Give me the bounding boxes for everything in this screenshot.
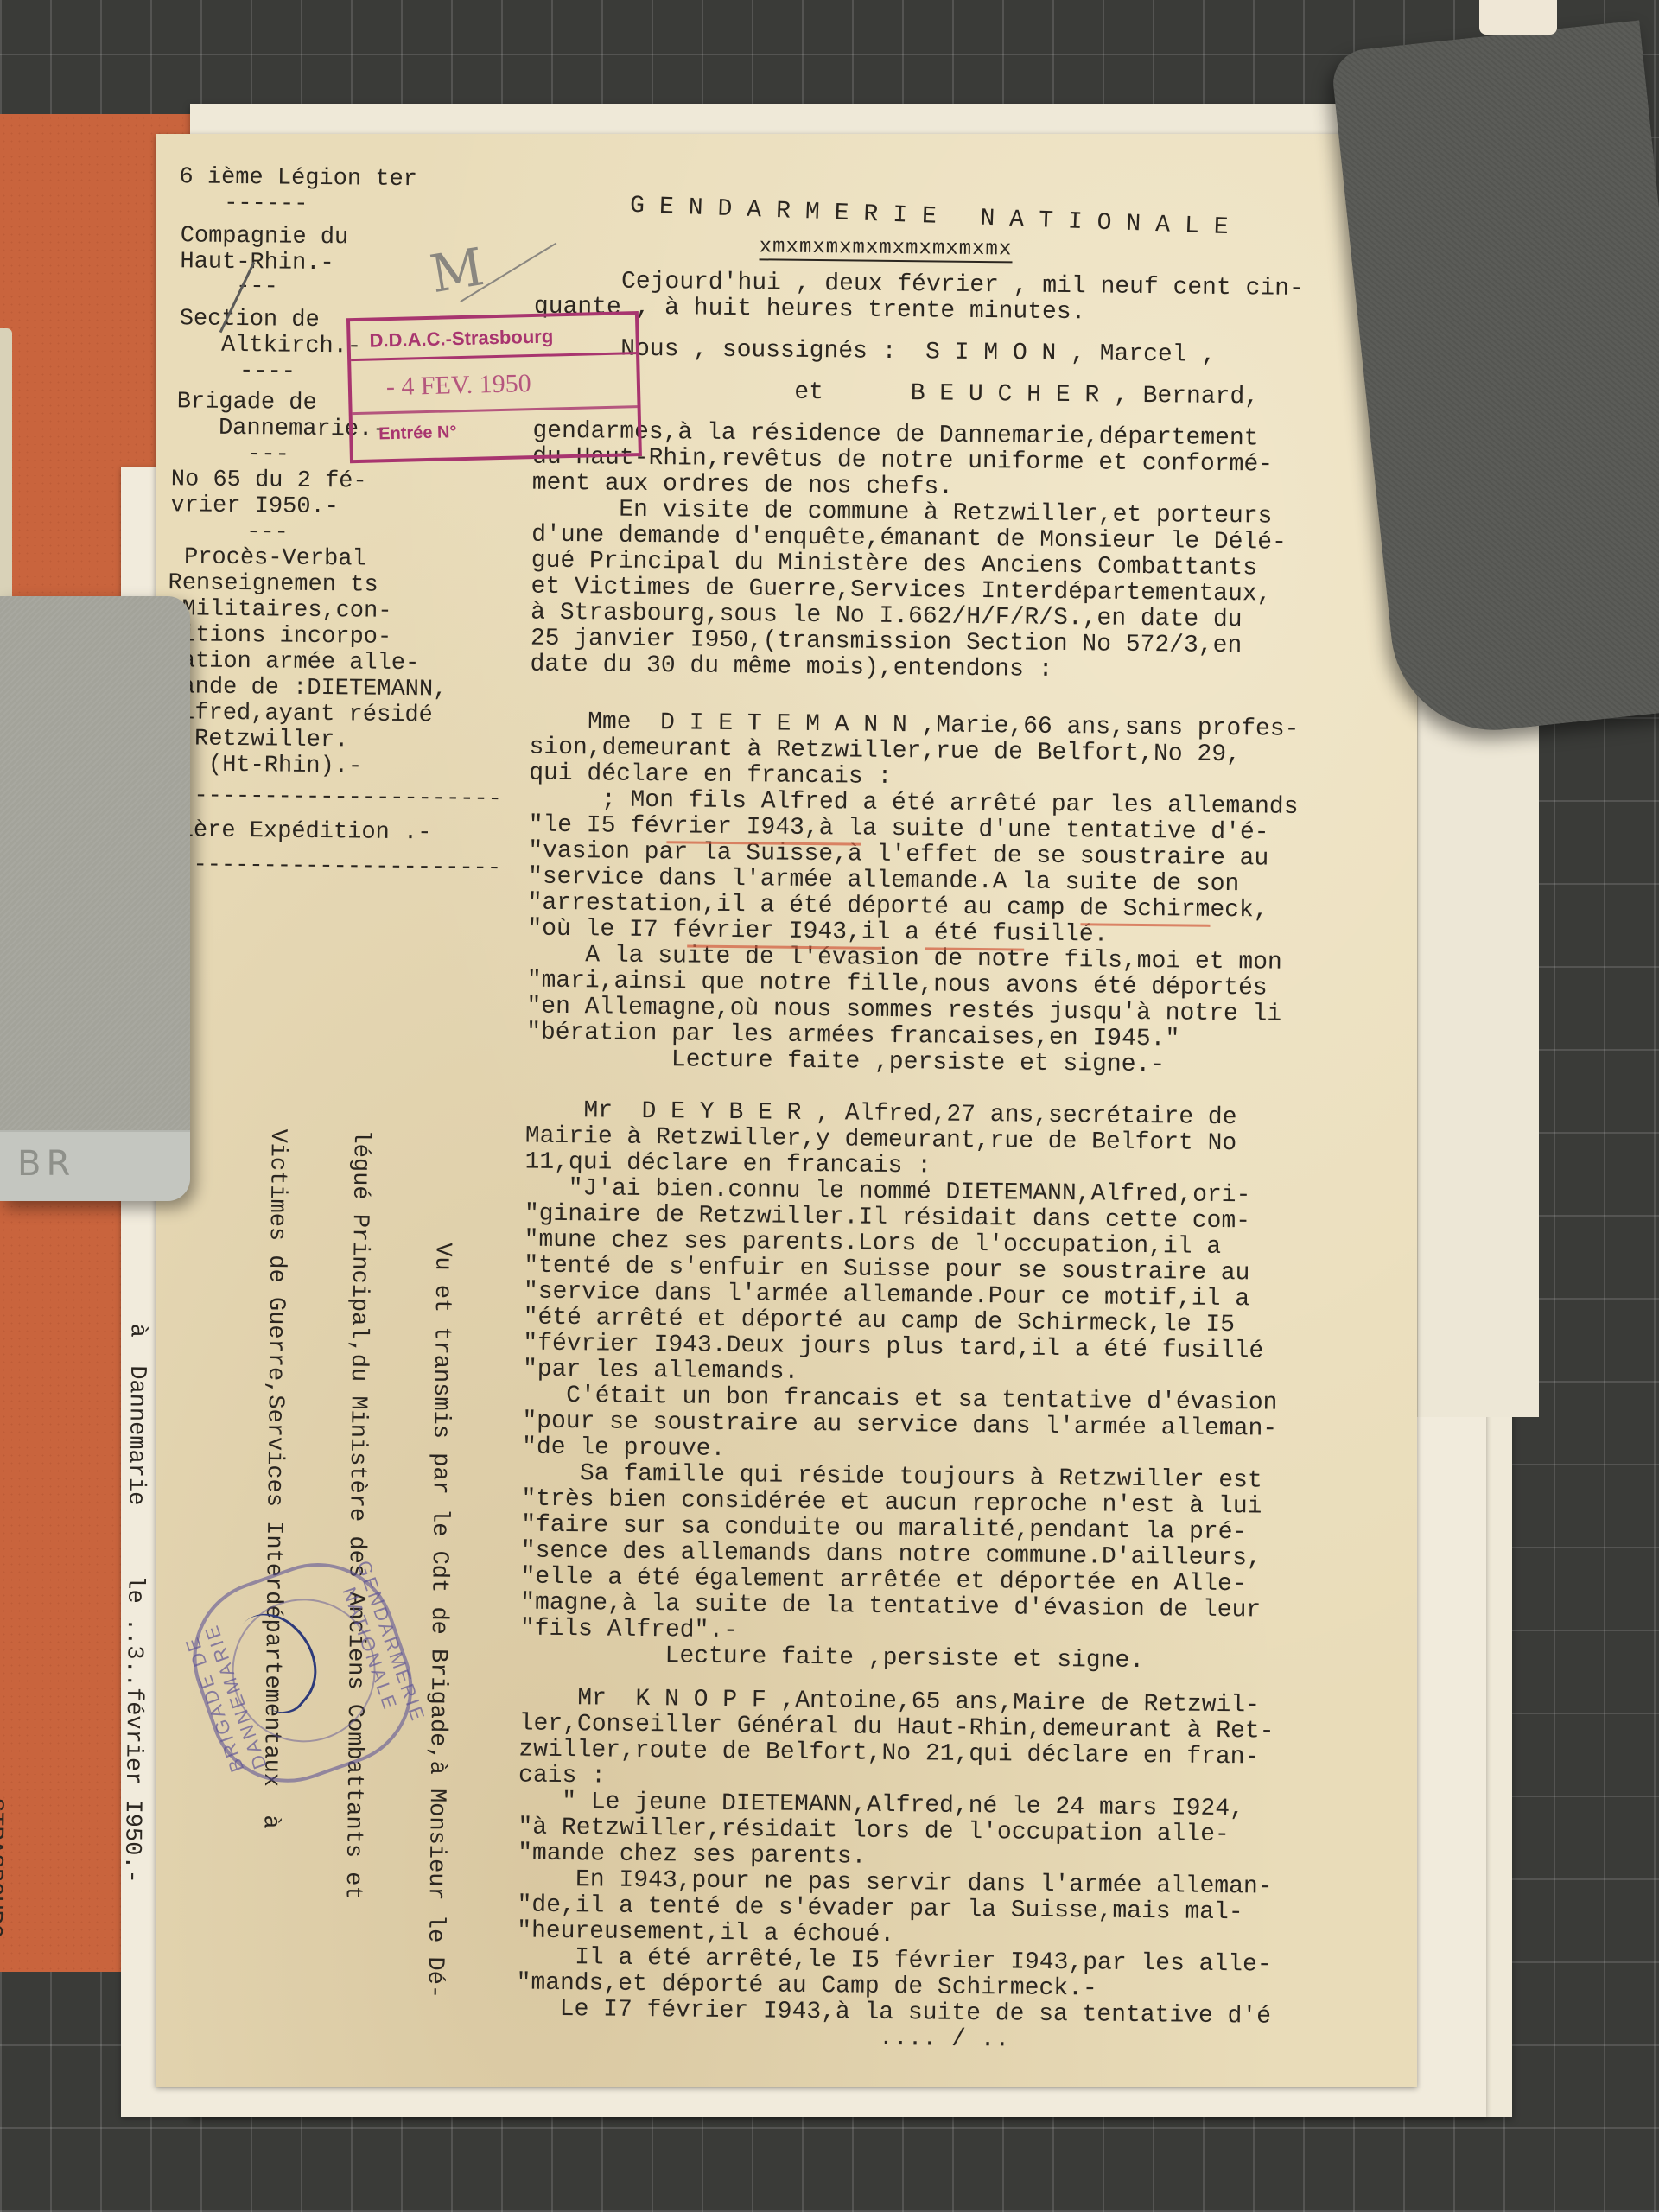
divider: ---	[246, 518, 289, 547]
vertical-line	[199, 1128, 208, 1997]
document-body: 6 ième Légion ter ------ Compagnie du Ha…	[135, 134, 1417, 2100]
divider: ------------------------	[166, 782, 502, 813]
statement-line: "de le prouve.	[522, 1434, 726, 1464]
witness-dietemann-statement: Mme D I E T E M A N N ,Marie,66 ans,sans…	[156, 134, 1417, 147]
vertical-line: STRASBOURG.-	[0, 1126, 15, 1994]
header-subject-1: Renseignemen ts	[168, 569, 378, 600]
ddac-received-stamp: D.D.A.C.-Strasbourg - 4 FEV. 1950 Entrée…	[346, 311, 642, 463]
witness-deyber-statement: Mr D E Y B E R , Alfred,27 ans,secrétair…	[156, 134, 1417, 147]
grey-weight-pillow-left: BR	[0, 596, 190, 1201]
stamp-entry-number: Entrée N°	[353, 408, 639, 456]
intro-line: et B E U C H E R , Bernard,	[533, 377, 1259, 412]
document-title: GENDARMERIE NATIONALE	[630, 193, 1244, 242]
vertical-line: Victimes de Guerre,Services Interdéparte…	[254, 1128, 291, 1997]
pillow-label: BR	[17, 1144, 75, 1184]
document-page: 6 ième Légion ter ------ Compagnie du Ha…	[156, 134, 1417, 2087]
title-separator: xmxmxmxmxmxmxmxmxmx	[760, 235, 1013, 263]
header-expedition: 1ère Expédition .-	[165, 817, 431, 847]
vertical-line: Vu et transmis par le Cdt de Brigade,à M…	[420, 1130, 457, 1999]
header-legion: 6 ième Légion ter	[179, 163, 417, 194]
vertical-line: à Dannemarie le ..3..février I950.-	[116, 1128, 153, 1996]
header-subject-7: à Retzwiller.	[167, 725, 349, 754]
header-left-column: 6 ième Légion ter ------ Compagnie du Ha…	[156, 134, 1417, 147]
divider: ------	[224, 190, 308, 219]
stamp-office: D.D.A.C.-Strasbourg	[350, 315, 636, 361]
divider: ------------------------	[165, 851, 501, 882]
continued-marker: .... / ..	[516, 2021, 1010, 2054]
vertical-line	[60, 1127, 70, 1995]
header-number: No 65 du 2 fé-	[171, 466, 367, 495]
witness-knopf-statement: Mr K N O P F ,Antoine,65 ans,Maire de Re…	[156, 134, 1417, 147]
fabric-tag	[1479, 0, 1557, 35]
pencil-mark: M	[426, 237, 488, 305]
header-section: Section de	[180, 305, 320, 334]
header-subject-8: (Ht-Rhin).-	[166, 751, 362, 780]
header-proces-verbal: Procès-Verbal	[170, 543, 366, 573]
header-altkirch: Altkirch.-	[179, 331, 361, 360]
header-compagnie: Compagnie du	[181, 222, 349, 251]
stamp-date: - 4 FEV. 1950	[351, 354, 637, 415]
statement-line: Lecture faite ,persiste et signe.-	[526, 1046, 1166, 1080]
intro-paragraph: Cejourd'hui , deux février , mil neuf ce…	[156, 134, 1417, 147]
statement-line: cais :	[518, 1763, 606, 1791]
divider: ----	[239, 358, 296, 386]
divider: ---	[247, 441, 289, 469]
intro-line: date du 30 du même mois),entendons :	[530, 652, 1052, 684]
header-brigade: Brigade de	[177, 388, 317, 417]
header-date: vrier I950.-	[170, 492, 339, 521]
statement-line: Lecture faite ,persiste et signe.	[519, 1642, 1144, 1676]
